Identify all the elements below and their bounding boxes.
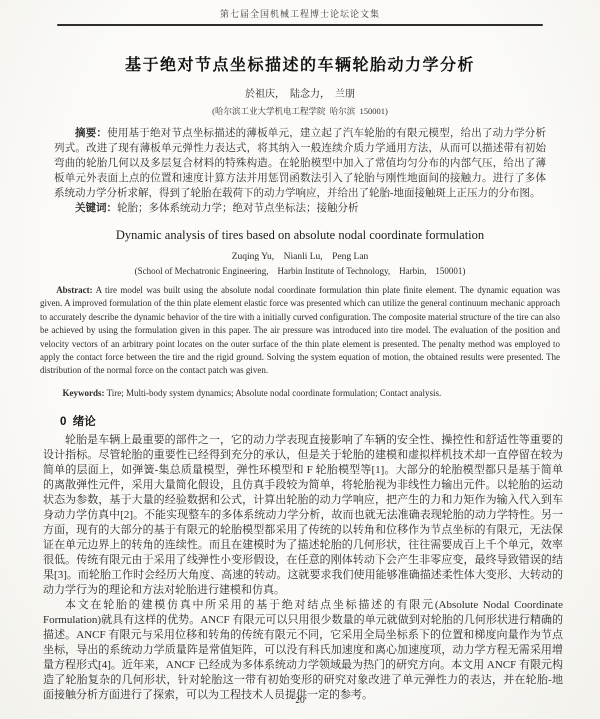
abstract-zh-text: 使用基于绝对节点坐标描述的薄板单元，建立起了汽车轮胎的有限元模型，给出了动力学分… bbox=[54, 128, 546, 199]
keywords-en-label: Keywords: bbox=[63, 388, 105, 398]
paper-title-en: Dynamic analysis of tires based on absol… bbox=[0, 228, 600, 243]
intro-paragraph-1: 轮胎是车辆上最重要的部件之一，它的动力学表现直接影响了车辆的安全性、操控性和舒适… bbox=[43, 433, 563, 598]
authors-zh: 於祖庆， 陆念力， 兰朋 bbox=[0, 85, 600, 100]
abstract-en-label: Abstract: bbox=[56, 285, 93, 295]
page-number: 20 bbox=[0, 696, 600, 706]
conference-header: 第七届全国机械工程博士论坛论文集 bbox=[0, 0, 600, 20]
keywords-zh-label: 关键词： bbox=[75, 203, 117, 214]
authors-en: Zuqing Yu, Nianli Lu, Peng Lan bbox=[0, 252, 600, 262]
keywords-zh: 关键词：轮胎；多体系统动力学；绝对节点坐标法；接触分析 bbox=[54, 201, 546, 216]
abstract-zh-label: 摘要： bbox=[75, 128, 107, 139]
abstract-en: Abstract: A tire model was built using t… bbox=[40, 284, 560, 378]
paper-title-zh: 基于绝对节点坐标描述的车辆轮胎动力学分析 bbox=[0, 52, 600, 75]
section-heading-introduction: 0 绪论 bbox=[60, 413, 600, 429]
header-rule bbox=[57, 24, 543, 26]
keywords-en: Keywords: Tire; Multi-body system dynami… bbox=[40, 387, 560, 400]
abstract-en-text: A tire model was built using the absolut… bbox=[40, 285, 560, 375]
affiliation-zh: (哈尔滨工业大学机电工程学院 哈尔滨 150001) bbox=[0, 105, 600, 117]
affiliation-en: (School of Mechatronic Engineering, Harb… bbox=[0, 266, 600, 276]
intro-paragraph-2: 本文在轮胎的建模仿真中所采用的基于绝对结点坐标描述的有限元(Absolute N… bbox=[43, 598, 563, 703]
keywords-en-text: Tire; Multi-body system dynamics; Absolu… bbox=[105, 388, 442, 398]
abstract-zh: 摘要：使用基于绝对节点坐标描述的薄板单元，建立起了汽车轮胎的有限元模型，给出了动… bbox=[54, 126, 546, 201]
keywords-zh-text: 轮胎；多体系统动力学；绝对节点坐标法；接触分析 bbox=[117, 203, 359, 214]
